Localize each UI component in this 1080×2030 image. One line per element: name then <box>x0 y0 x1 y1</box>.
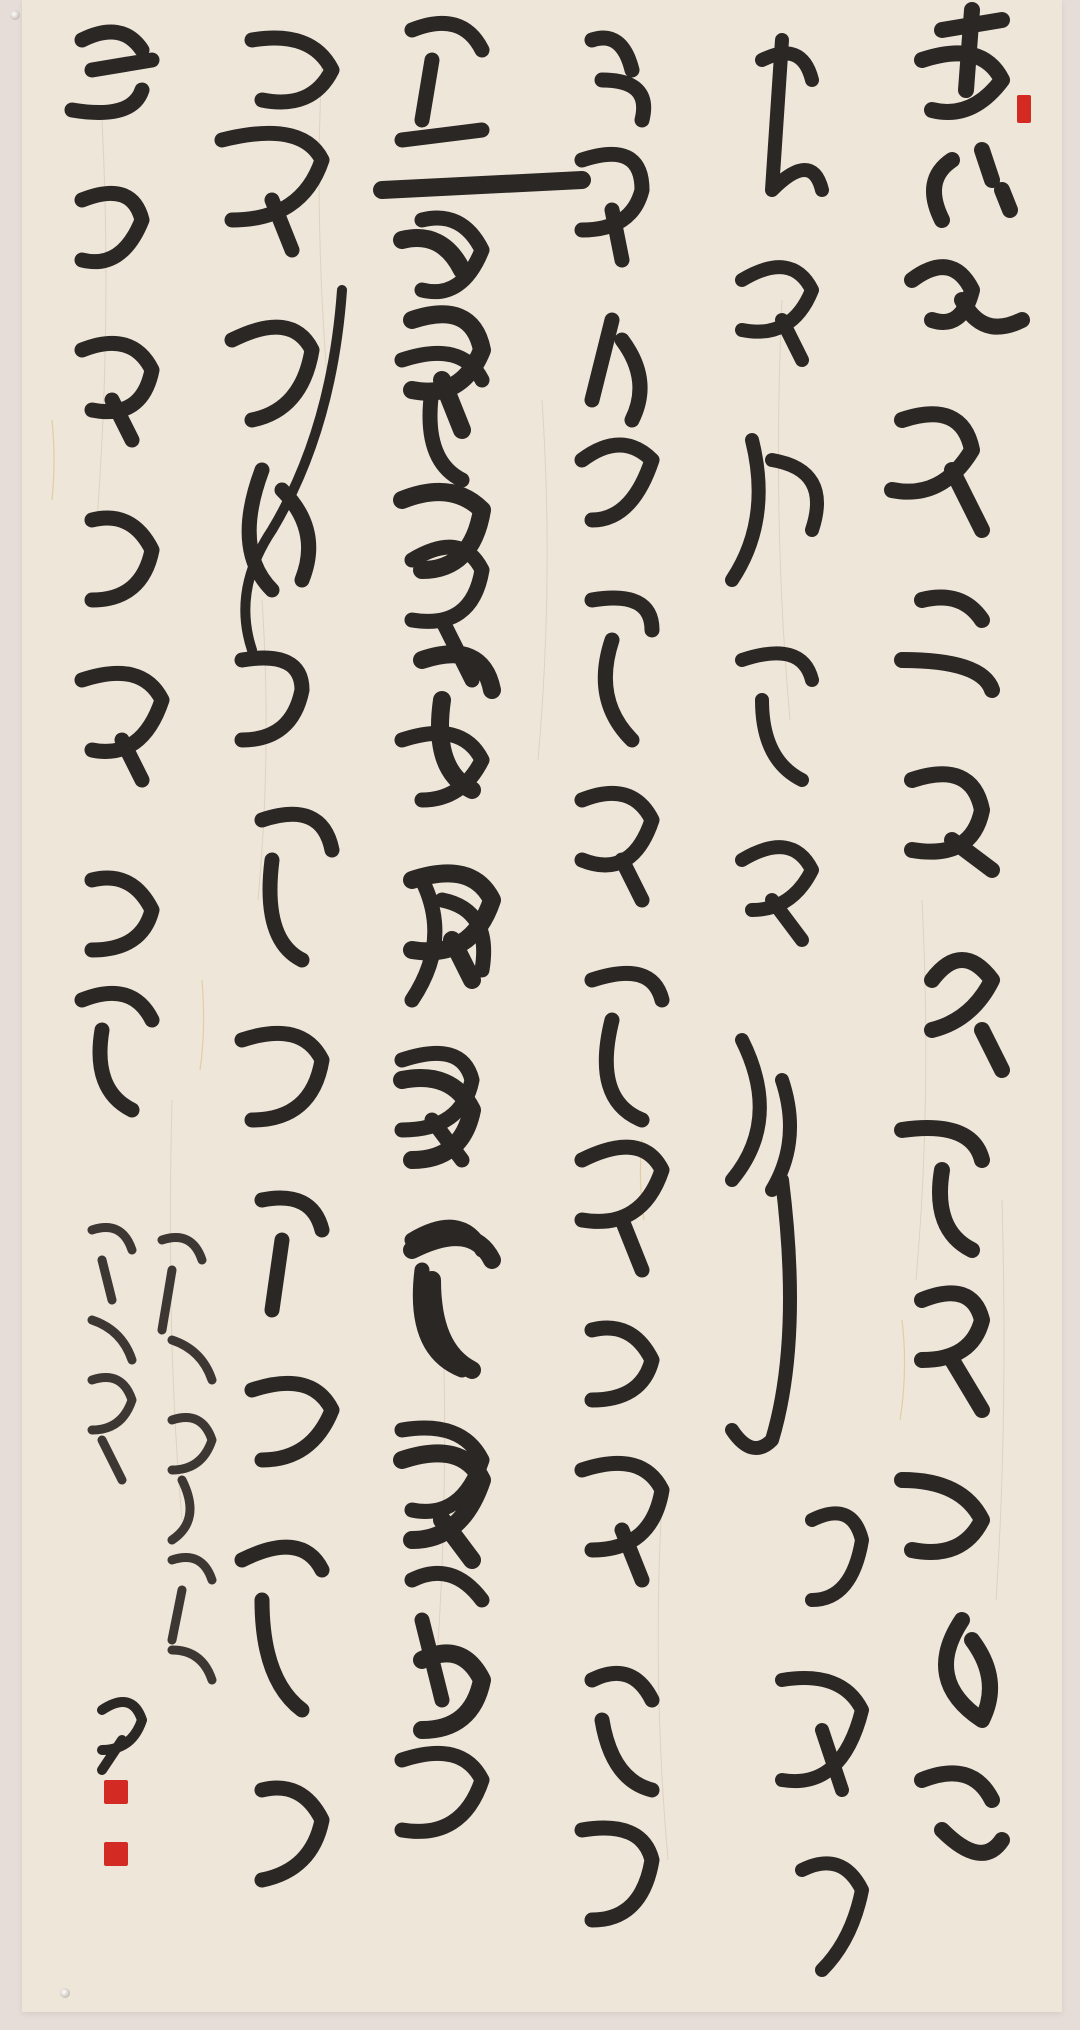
seal-lower-left-2 <box>104 1842 128 1866</box>
inscription <box>92 1228 212 1681</box>
seal-lower-left-1 <box>104 1780 128 1804</box>
signature <box>102 1702 142 1770</box>
pin-top-left <box>10 10 20 20</box>
calligraphy-scroll: Cursive-script calligraphy scroll with s… <box>22 0 1062 2012</box>
ink-strokes <box>22 0 1062 2012</box>
pin-bottom-left <box>60 1988 70 1998</box>
column-3 <box>582 38 662 1920</box>
column-7 <box>72 32 162 1110</box>
seal-top-right <box>1017 95 1031 123</box>
column-1 <box>892 10 1022 1853</box>
column-2 <box>732 40 862 1970</box>
column-6 <box>222 38 332 1880</box>
